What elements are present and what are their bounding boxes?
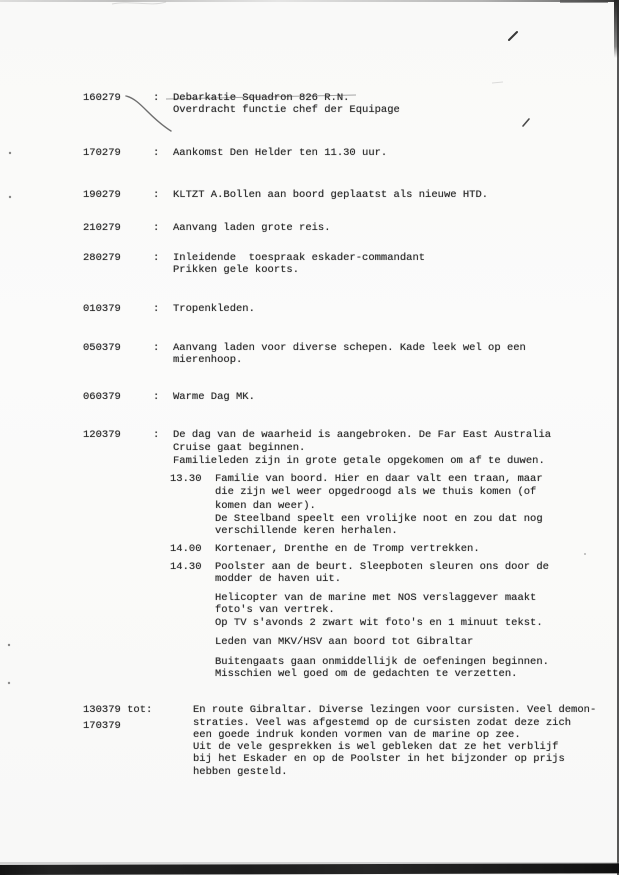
colon: : bbox=[153, 252, 159, 264]
entry-date: 120379 bbox=[83, 429, 121, 441]
entry-line: En route Gibraltar. Diverse lezingen voo… bbox=[193, 704, 596, 716]
subentry-line: De Steelband speelt een vrolijke noot en… bbox=[215, 513, 543, 525]
speck bbox=[584, 553, 586, 555]
subentry-line: Leden van MKV/HSV aan boord tot Gibralta… bbox=[215, 636, 473, 648]
entry-date: 130379 tot: bbox=[83, 704, 152, 716]
entry-line: Familieleden zijn in grote getale opgeko… bbox=[173, 455, 545, 467]
entry-line: hebben gesteld. bbox=[193, 766, 288, 778]
colon: : bbox=[153, 222, 159, 234]
margin-dot bbox=[9, 152, 11, 154]
entry-line: Aanvang laden voor diverse schepen. Kade… bbox=[173, 342, 526, 354]
scan-top-edge-dark-segment bbox=[560, 0, 608, 3]
colon: : bbox=[153, 147, 159, 159]
entry-line: Tropenkleden. bbox=[173, 303, 255, 315]
faint-smudge bbox=[492, 82, 503, 83]
subentry-time: 14.30 bbox=[170, 561, 202, 573]
entry-date: 050379 bbox=[83, 342, 121, 354]
subentry-line: Helicopter van de marine met NOS verslag… bbox=[215, 592, 536, 604]
entry-line: Aankomst Den Helder ten 11.30 uur. bbox=[173, 147, 387, 159]
entry-line: mierenhoop. bbox=[173, 354, 242, 366]
scan-top-edge bbox=[0, 0, 619, 2]
subentry-line: Buitengaats gaan onmiddellijk de oefenin… bbox=[215, 656, 549, 668]
subentry-line: verschillende keren herhalen. bbox=[215, 525, 398, 537]
colon: : bbox=[153, 391, 159, 403]
margin-dot bbox=[8, 682, 10, 684]
entry-date: 190279 bbox=[83, 189, 121, 201]
scan-bottom-edge bbox=[0, 863, 619, 875]
subentry-line: die zijn wel weer opgedroogd als we thui… bbox=[215, 486, 536, 498]
subentry-line: foto's van vertrek. bbox=[215, 604, 335, 616]
entry-date: 060379 bbox=[83, 391, 121, 403]
entry-line: Overdracht functie chef der Equipage bbox=[173, 104, 400, 116]
entry-line: KLTZT A.Bollen aan boord geplaatst als n… bbox=[173, 189, 488, 201]
colon: : bbox=[153, 342, 159, 354]
entry-line: Inleidende toespraak eskader-commandant bbox=[173, 252, 425, 264]
entry-line: Aanvang laden grote reis. bbox=[173, 222, 331, 234]
subentry-line: Kortenaer, Drenthe en de Tromp vertrekke… bbox=[215, 543, 480, 555]
subentry-line: Familie van boord. Hier en daar valt een… bbox=[215, 473, 543, 485]
entry-line: bij het Eskader en op de Poolster in het… bbox=[193, 753, 565, 765]
subentry-time: 14.00 bbox=[170, 543, 202, 555]
colon: : bbox=[153, 429, 159, 441]
scan-top-smudge bbox=[112, 2, 166, 4]
entry-line: Prikken gele koorts. bbox=[173, 264, 299, 276]
margin-dot bbox=[8, 644, 10, 646]
entry-date: 170279 bbox=[83, 147, 121, 159]
entry-line: straties. Veel was afgestemd op de cursi… bbox=[193, 717, 571, 729]
colon: : bbox=[153, 303, 159, 315]
scanned-log-page: 160279 : Debarkatie Squadron 826 R.N. Ov… bbox=[0, 0, 619, 875]
pen-tick-top bbox=[509, 32, 517, 40]
entry-date: 010379 bbox=[83, 303, 121, 315]
entry-line: Cruise gaat beginnen. bbox=[173, 442, 305, 454]
subentry-time: 13.30 bbox=[170, 473, 202, 485]
entry-date: 210279 bbox=[83, 222, 121, 234]
entry-line: Uit de vele gesprekken is wel gebleken d… bbox=[193, 741, 558, 753]
entry-line: een goede indruk konden vormen van de ma… bbox=[193, 729, 521, 741]
entry-line: Warme Dag MK. bbox=[173, 391, 255, 403]
subentry-line: Misschien wel goed om de gedachten te ve… bbox=[215, 668, 517, 680]
pen-stroke bbox=[126, 96, 171, 131]
entry-date: 280279 bbox=[83, 252, 121, 264]
pen-tick-mid bbox=[523, 119, 529, 126]
entry-date-2: 170379 bbox=[83, 720, 121, 732]
entry-line: De dag van de waarheid is aangebroken. D… bbox=[173, 429, 551, 441]
colon: : bbox=[153, 189, 159, 201]
subentry-line: modder de haven uit. bbox=[215, 573, 341, 585]
margin-dot bbox=[9, 196, 11, 198]
subentry-line: Poolster aan de beurt. Sleepboten sleure… bbox=[215, 561, 549, 573]
colon: : bbox=[153, 92, 159, 104]
subentry-line: Op TV s'avonds 2 zwart wit foto's en 1 m… bbox=[215, 617, 543, 629]
entry-date: 160279 bbox=[83, 92, 121, 104]
subentry-line: komen dan weer). bbox=[215, 500, 316, 512]
entry-line: Debarkatie Squadron 826 R.N. bbox=[173, 92, 349, 104]
